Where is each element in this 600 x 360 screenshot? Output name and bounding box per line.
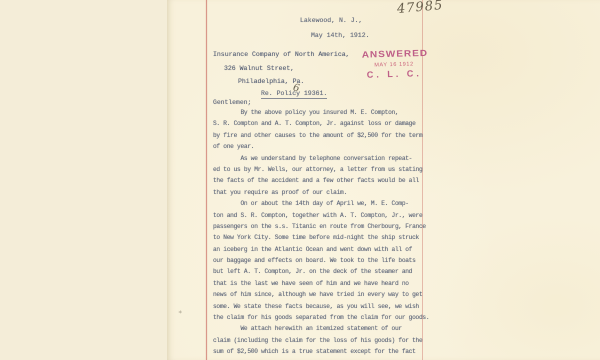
typed-line: By the above policy you insured M. E. Co… (213, 109, 429, 120)
typed-line: of one year. (213, 143, 429, 154)
pencil-margin-mark: ∗ (178, 308, 182, 317)
typed-line: passengers on the s.s. Titanic en route … (213, 223, 429, 234)
typed-line: the claim for his goods separated from t… (213, 314, 429, 325)
salutation: Gentlemen; (213, 99, 251, 106)
typed-line: but left A. T. Compton, Jr. on the deck … (213, 268, 429, 279)
typed-line: our baggage and effects on board. We too… (213, 257, 429, 268)
date-line: May 14th, 1912. (311, 32, 370, 39)
typed-line: news of him since, although we have trie… (213, 291, 429, 302)
typed-line: ton and S. R. Compton, together with A. … (213, 212, 429, 223)
stamp-answered-text: ANSWERED (362, 49, 426, 61)
letter-body: By the above policy you insured M. E. Co… (213, 109, 429, 360)
typed-line: an iceberg in the Atlantic Ocean and wen… (213, 246, 429, 257)
typed-line: that is the last we have seen of him and… (213, 280, 429, 291)
left-margin-rule (206, 0, 207, 360)
typed-line: On or about the 14th day of April we, M.… (213, 200, 429, 211)
recipient-name: Insurance Company of North America, (213, 51, 350, 65)
typed-line: S. R. Compton and A. T. Compton, Jr. aga… (213, 120, 429, 131)
typed-line: We attach herewith an itemized statement… (213, 325, 429, 336)
typed-line: some. We state these facts because, as y… (213, 303, 429, 314)
typed-line: that you require as proof of our claim. (213, 189, 429, 200)
typed-line: claim (including the claim for the loss … (213, 337, 429, 348)
typed-line: the facts of the accident and a few othe… (213, 177, 429, 188)
typed-line: to New York City. Some time before mid-n… (213, 234, 429, 245)
stamp-initials-text: C. L. C. (362, 68, 426, 80)
place-line: Lakewood, N. J., (300, 17, 362, 24)
typed-line: As we understand by telephone conversati… (213, 155, 429, 166)
scanned-letter-page: 47985 Lakewood, N. J., May 14th, 1912. I… (0, 0, 600, 360)
recipient-street: 326 Walnut Street, (224, 65, 350, 79)
answered-stamp: ANSWERED MAY 16 1912 C. L. C. (362, 48, 427, 80)
typed-line: sum of $2,500 which is a true statement … (213, 348, 429, 359)
recipient-address-block: Insurance Company of North America, 326 … (213, 51, 350, 92)
typed-line: ed to us by Mr. Wells, our attorney, a l… (213, 166, 429, 177)
typed-line: by fire and other causes to the amount o… (213, 132, 429, 143)
